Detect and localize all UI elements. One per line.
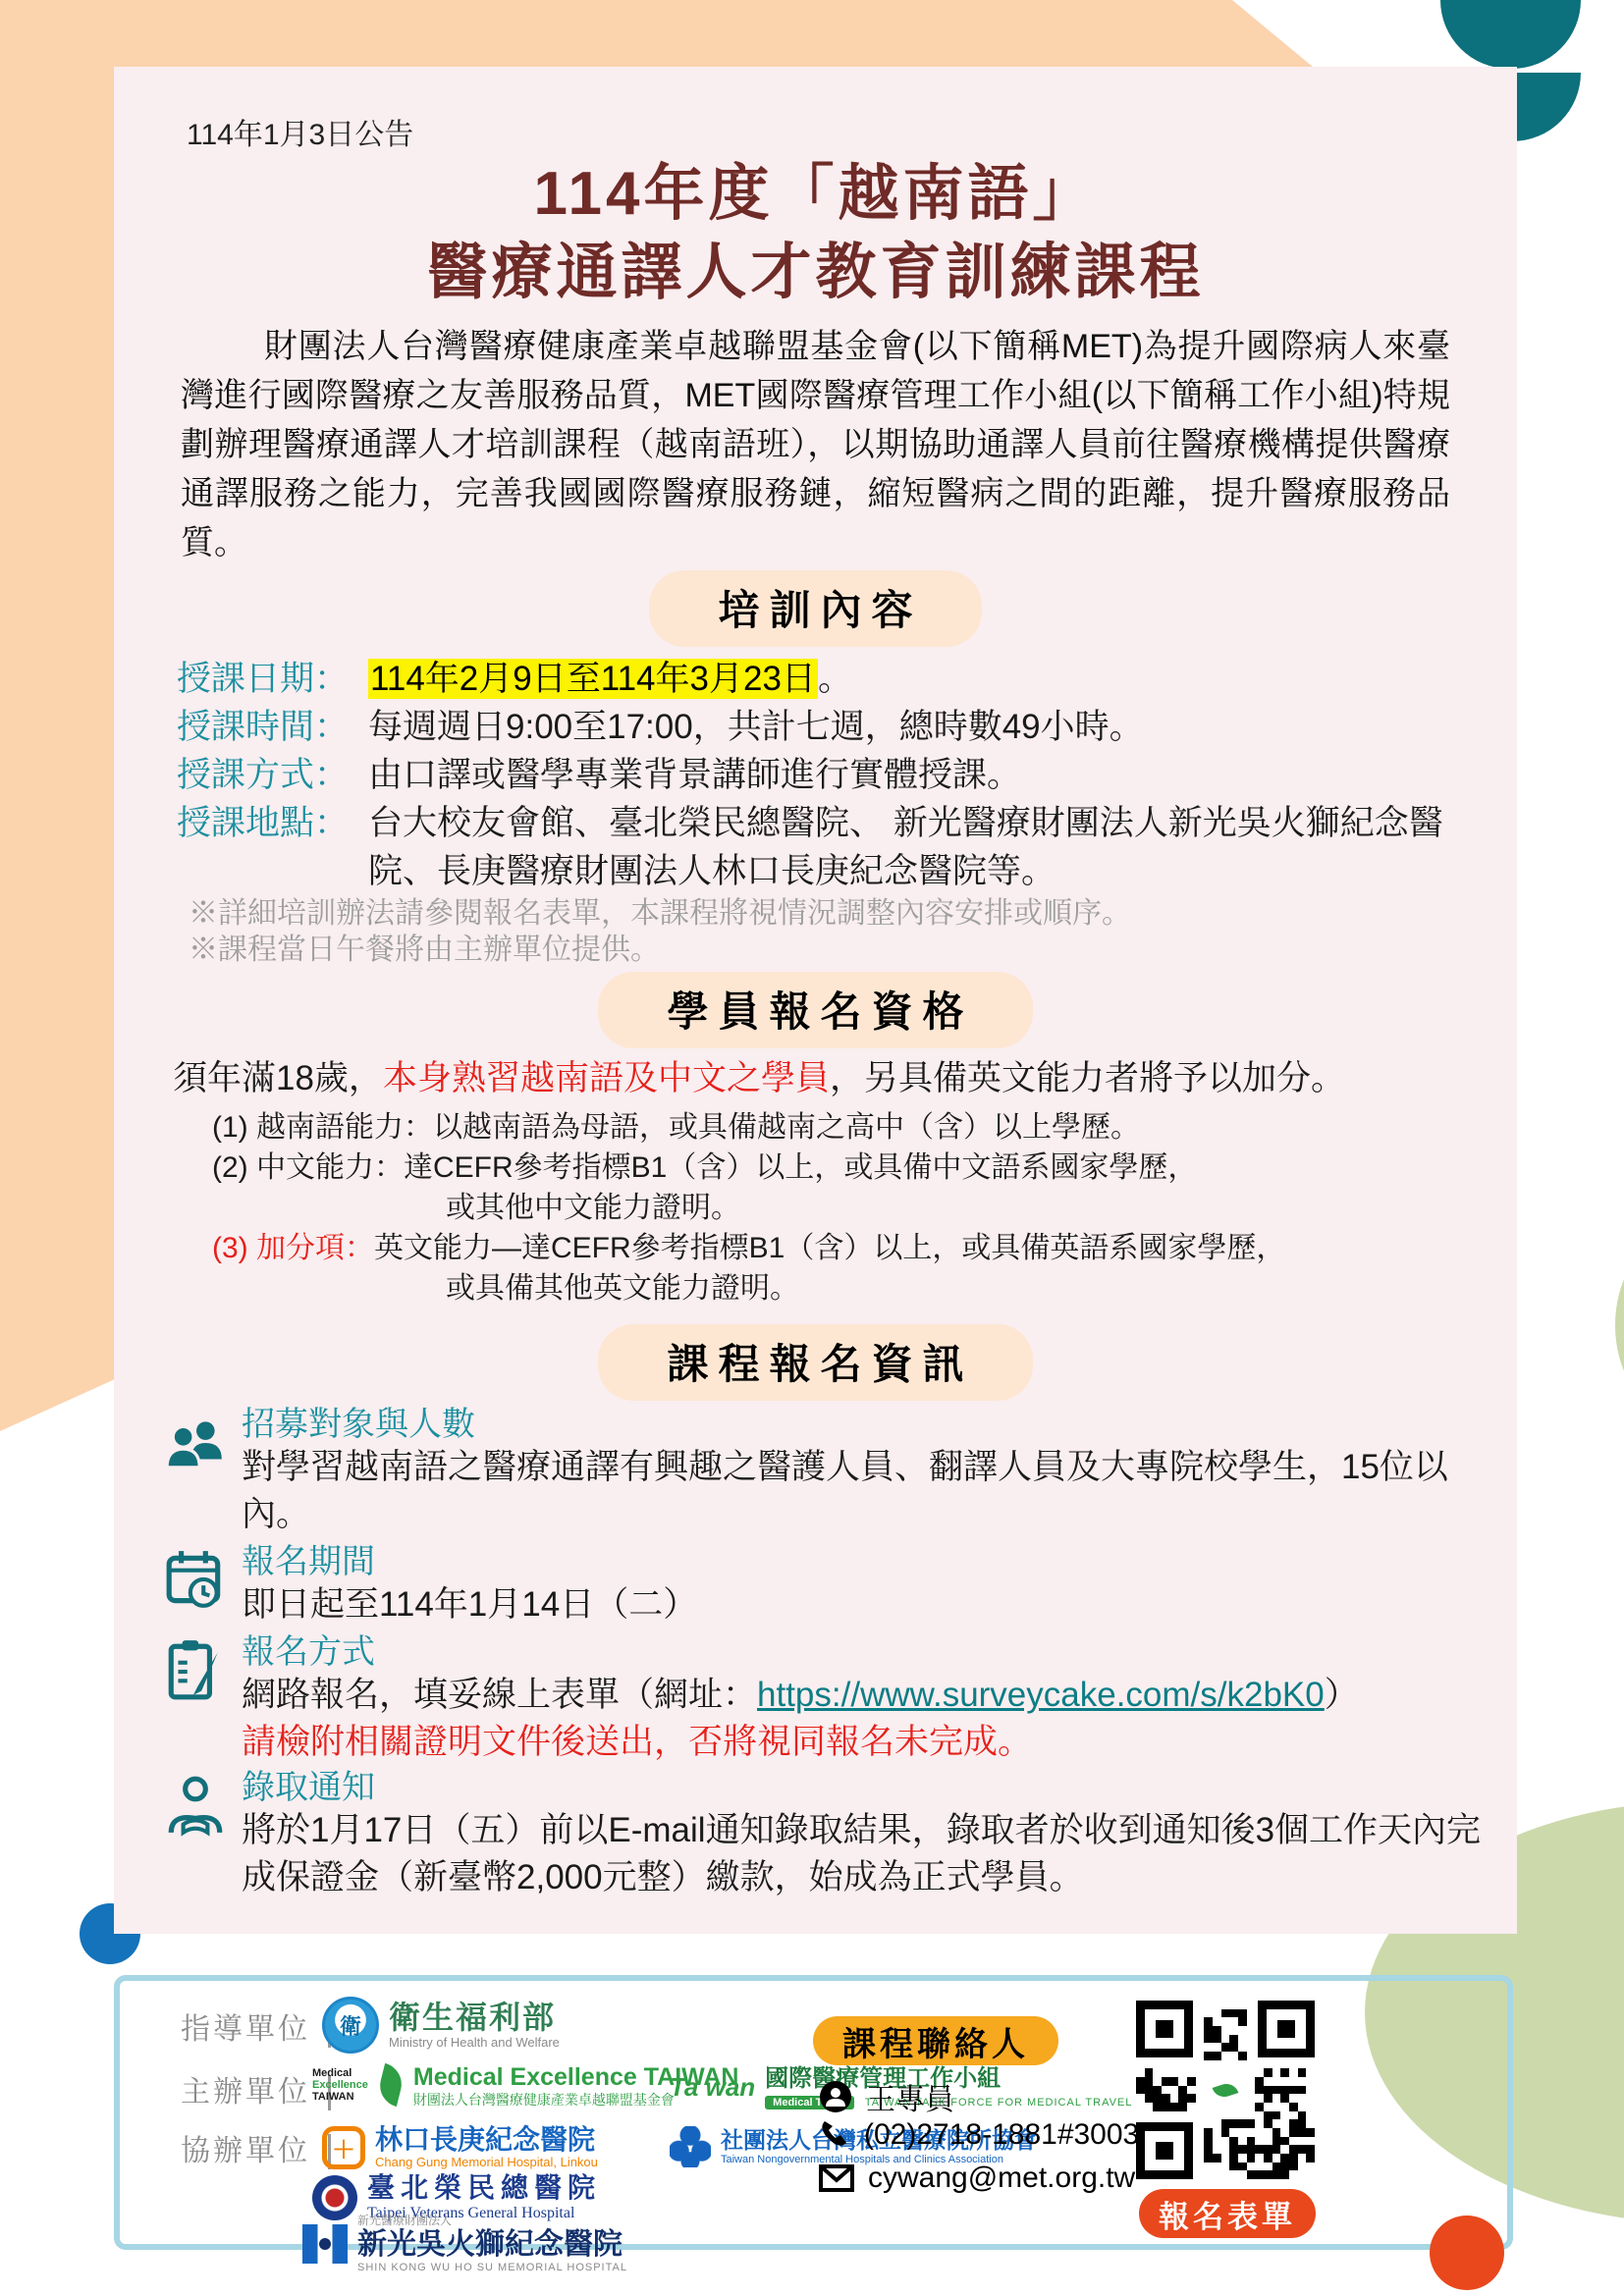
block-text: 即日起至114年1月14日（二） [242,1581,1484,1629]
row-label: 授課日期： [177,655,368,703]
section-title-training: 培訓內容 [649,570,981,647]
footer-box: 指導單位 主辦單位 協辦單位 衛 衛生福利部 Ministry of Healt… [114,1975,1513,2250]
page-title-line2: 醫療通譯人才教育訓練課程 [426,239,1204,306]
footer-label-organizer: 主辦單位 [181,2075,331,2110]
clipboard-pencil-icon [163,1638,228,1703]
block-registration-period: 報名期間 即日起至114年1月14日（二） [147,1542,1484,1629]
row-course-time: 授課時間： 每週週日9:00至17:00，共計七週，總時數49小時。 [177,703,1484,751]
note-line: ※詳細培訓辦法請參閱報名表單，本課程將視情況調整內容安排或順序。 [189,895,1484,932]
calendar-icon [163,1548,228,1613]
registration-link[interactable]: https://www.surveycake.com/s/k2bK0 [757,1676,1325,1714]
org-name-zh: 臺北榮民總醫院 [367,2173,601,2205]
method-text-post: ） [1325,1676,1359,1714]
item-text: 英文能力—達CEFR參考指標B1（含）以上，或具備英語系國家學歷， [374,1232,1285,1264]
row-value: 由口譯或醫學專業背景講師進行實體授課。 [368,751,1484,799]
block-heading: 報名方式 [242,1632,1484,1672]
section-title-qualification: 學員報名資格 [598,972,1032,1048]
training-rows: 授課日期： 114年2月9日至114年3月23日。 授課時間： 每週週日9:00… [177,655,1484,895]
registration-blocks: 招募對象與人數 對學習越南語之醫療通譯有興趣之醫護人員、翻譯人員及大專院校學生，… [147,1405,1484,1901]
contact-pill: 課程聯絡人 [813,2016,1058,2065]
block-heading: 錄取通知 [242,1768,1484,1807]
email-icon [819,2164,854,2192]
org-name-zh: 衛生福利部 [389,2000,560,2036]
people-icon [163,1411,228,1475]
poster-page: 114年1月3日公告 114年度「越南語」 醫療通譯人才教育訓練課程 財團法人台… [0,0,1624,2296]
person-badge-icon [819,2080,852,2113]
note-line: ※課程當日午餐將由主辦單位提供。 [189,932,1484,968]
qualification-intro: 須年滿18歲，本身熟習越南語及中文之學員，另具備英文能力者將予以加分。 [173,1056,1484,1101]
qualification-list: (1) 越南語能力：以越南語為母語，或具備越南之高中（含）以上學歷。 (2) 中… [212,1107,1484,1308]
row-value: 114年2月9日至114年3月23日。 [368,655,1484,703]
block-text: 網路報名，填妥線上表單（網址：https://www.surveycake.co… [242,1672,1484,1719]
org-name-zh: 林口長庚紀念醫院 [375,2124,598,2156]
qualification-item-1: (1) 越南語能力：以越南語為母語，或具備越南之高中（含）以上學歷。 [212,1107,1484,1148]
sage-edge-shape [1615,1242,1624,1409]
block-text: 將於1月17日（五）前以E-mail通知錄取結果，錄取者於收到通知後3個工作天內… [242,1807,1484,1901]
block-heading: 報名期間 [242,1542,1484,1581]
org-name-pre: 新光醫療財團法人 [357,2215,627,2228]
section-training: 培訓內容 [147,570,1484,647]
item-continuation: 或其他中文能力證明。 [446,1188,1484,1228]
contact-email[interactable]: cywang@met.org.tw [868,2162,1135,2195]
contact-phone-row: (02)2718-1881#3003 [819,2118,1139,2152]
taskforce-brand: Ta wan [670,2072,755,2103]
org-skh: 新光醫療財團法人 新光吳火獅紀念醫院 SHIN KONG WU HO SU ME… [302,2215,627,2274]
phone-icon [819,2119,850,2151]
footer-label-coorganizer: 協辦單位 [181,2134,331,2169]
method-warning: 請檢附相關證明文件後送出，否將視同報名未完成。 [242,1721,1484,1764]
row-course-method: 授課方式： 由口譯或醫學專業背景講師進行實體授課。 [177,751,1484,799]
content-card: 114年1月3日公告 114年度「越南語」 醫療通譯人才教育訓練課程 財團法人台… [114,67,1517,1934]
intro-paragraph: 財團法人台灣醫療健康產業卓越聯盟基金會(以下簡稱MET)為提升國際病人來臺灣進行… [181,322,1450,567]
block-target-audience: 招募對象與人數 對學習越南語之醫療通譯有興趣之醫護人員、翻譯人員及大專院校學生，… [147,1405,1484,1538]
met-stack-3: TAIWAN [312,2091,368,2103]
qr-finder-icon [1136,2001,1193,2057]
row-value: 台大校友會館、臺北榮民總醫院、 新光醫療財團法人新光吳火獅紀念醫院、長庚醫療財團… [368,799,1484,895]
skh-logo-icon [302,2224,348,2264]
row-value: 每週週日9:00至17:00，共計七週，總時數49小時。 [368,703,1484,751]
announcement-date: 114年1月3日公告 [187,110,1484,153]
page-title-line1: 114年度「越南語」 [533,160,1097,228]
cgmh-logo-icon [322,2126,365,2169]
method-text-pre: 網路報名，填妥線上表單（網址： [242,1676,757,1714]
item-continuation: 或具備其他英文能力證明。 [446,1268,1484,1308]
met-leaf-icon [1213,2080,1239,2100]
met-stack-1: Medical [312,2067,368,2079]
item-bonus-label: (3) 加分項： [212,1232,374,1264]
met-leaf-icon [375,2063,406,2107]
qualification-item-2: (2) 中文能力：達CEFR參考指標B1（含）以上，或具備中文語系國家學歷， 或… [212,1148,1484,1228]
qr-finder-icon [1258,2001,1315,2057]
block-text: 對學習越南語之醫療通譯有興趣之醫護人員、翻譯人員及大專院校學生，15位以內。 [242,1444,1484,1538]
row-value-suffix: 。 [818,660,852,698]
section-registration: 課程報名資訊 [147,1324,1484,1401]
contact-email-row: cywang@met.org.tw [819,2162,1135,2195]
item-text: (1) 越南語能力：以越南語為母語，或具備越南之高中（含）以上學歷。 [212,1111,1140,1144]
highlighted-dates: 114年2月9日至114年3月23日 [368,659,818,699]
row-label: 授課地點： [177,799,368,895]
contact-name-row: 王專員 [819,2075,954,2118]
footer-label-advisor: 指導單位 [181,2012,331,2048]
qualification-item-3: (3) 加分項：英文能力—達CEFR參考指標B1（含）以上，或具備英語系國家學歷… [212,1228,1484,1308]
org-name-en: SHIN KONG WU HO SU MEMORIAL HOSPITAL [357,2262,627,2274]
teal-bowl-shape-top [1440,0,1581,69]
qual-intro-emphasis: 本身熟習越南語及中文之學員 [383,1059,830,1097]
met-logo-text: Medical Excellence TAIWAN [312,2067,368,2103]
block-admission-notice: 錄取通知 將於1月17日（五）前以E-mail通知錄取結果，錄取者於收到通知後3… [147,1768,1484,1901]
section-title-registration: 課程報名資訊 [598,1324,1032,1401]
page-title: 114年度「越南語」 醫療通譯人才教育訓練課程 [147,155,1484,312]
block-heading: 招募對象與人數 [242,1405,1484,1444]
row-label: 授課時間： [177,703,368,751]
org-name-zh: 新光吳火獅紀念醫院 [357,2228,627,2263]
row-course-location: 授課地點： 台大校友會館、臺北榮民總醫院、 新光醫療財團法人新光吳火獅紀念醫院、… [177,799,1484,895]
met-stack-2: Excellence [312,2079,368,2091]
org-mohw: 衛 衛生福利部 Ministry of Health and Welfare [322,1997,560,2054]
qr-finder-icon [1136,2122,1193,2179]
row-course-date: 授課日期： 114年2月9日至114年3月23日。 [177,655,1484,703]
contact-phone: (02)2718-1881#3003 [864,2118,1139,2152]
tnhca-logo-icon [670,2126,711,2167]
registration-form-button[interactable]: 報名表單 [1139,2189,1316,2238]
section-qualification: 學員報名資格 [147,972,1484,1048]
mohw-logo-icon: 衛 [322,1997,379,2054]
org-cgmh: 林口長庚紀念醫院 Chang Gung Memorial Hospital, L… [322,2124,598,2170]
qual-intro-pre: 須年滿18歲， [173,1059,383,1097]
qr-code[interactable] [1136,2001,1315,2179]
org-name-en: Ministry of Health and Welfare [389,2036,560,2051]
item-text: (2) 中文能力：達CEFR參考指標B1（含）以上，或具備中文語系國家學歷， [212,1151,1197,1184]
block-registration-method: 報名方式 網路報名，填妥線上表單（網址：https://www.surveyca… [147,1632,1484,1764]
reader-icon [163,1774,228,1839]
qr-met-logo [1204,2068,1247,2111]
qual-intro-post: ，另具備英文能力者將予以加分。 [830,1059,1345,1097]
row-label: 授課方式： [177,751,368,799]
training-notes: ※詳細培訓辦法請參閱報名表單，本課程將視情況調整內容安排或順序。 ※課程當日午餐… [189,895,1484,968]
contact-name: 王專員 [866,2075,954,2118]
orange-dot-shape [1430,2216,1504,2290]
org-name-en: Chang Gung Memorial Hospital, Linkou [375,2156,598,2170]
